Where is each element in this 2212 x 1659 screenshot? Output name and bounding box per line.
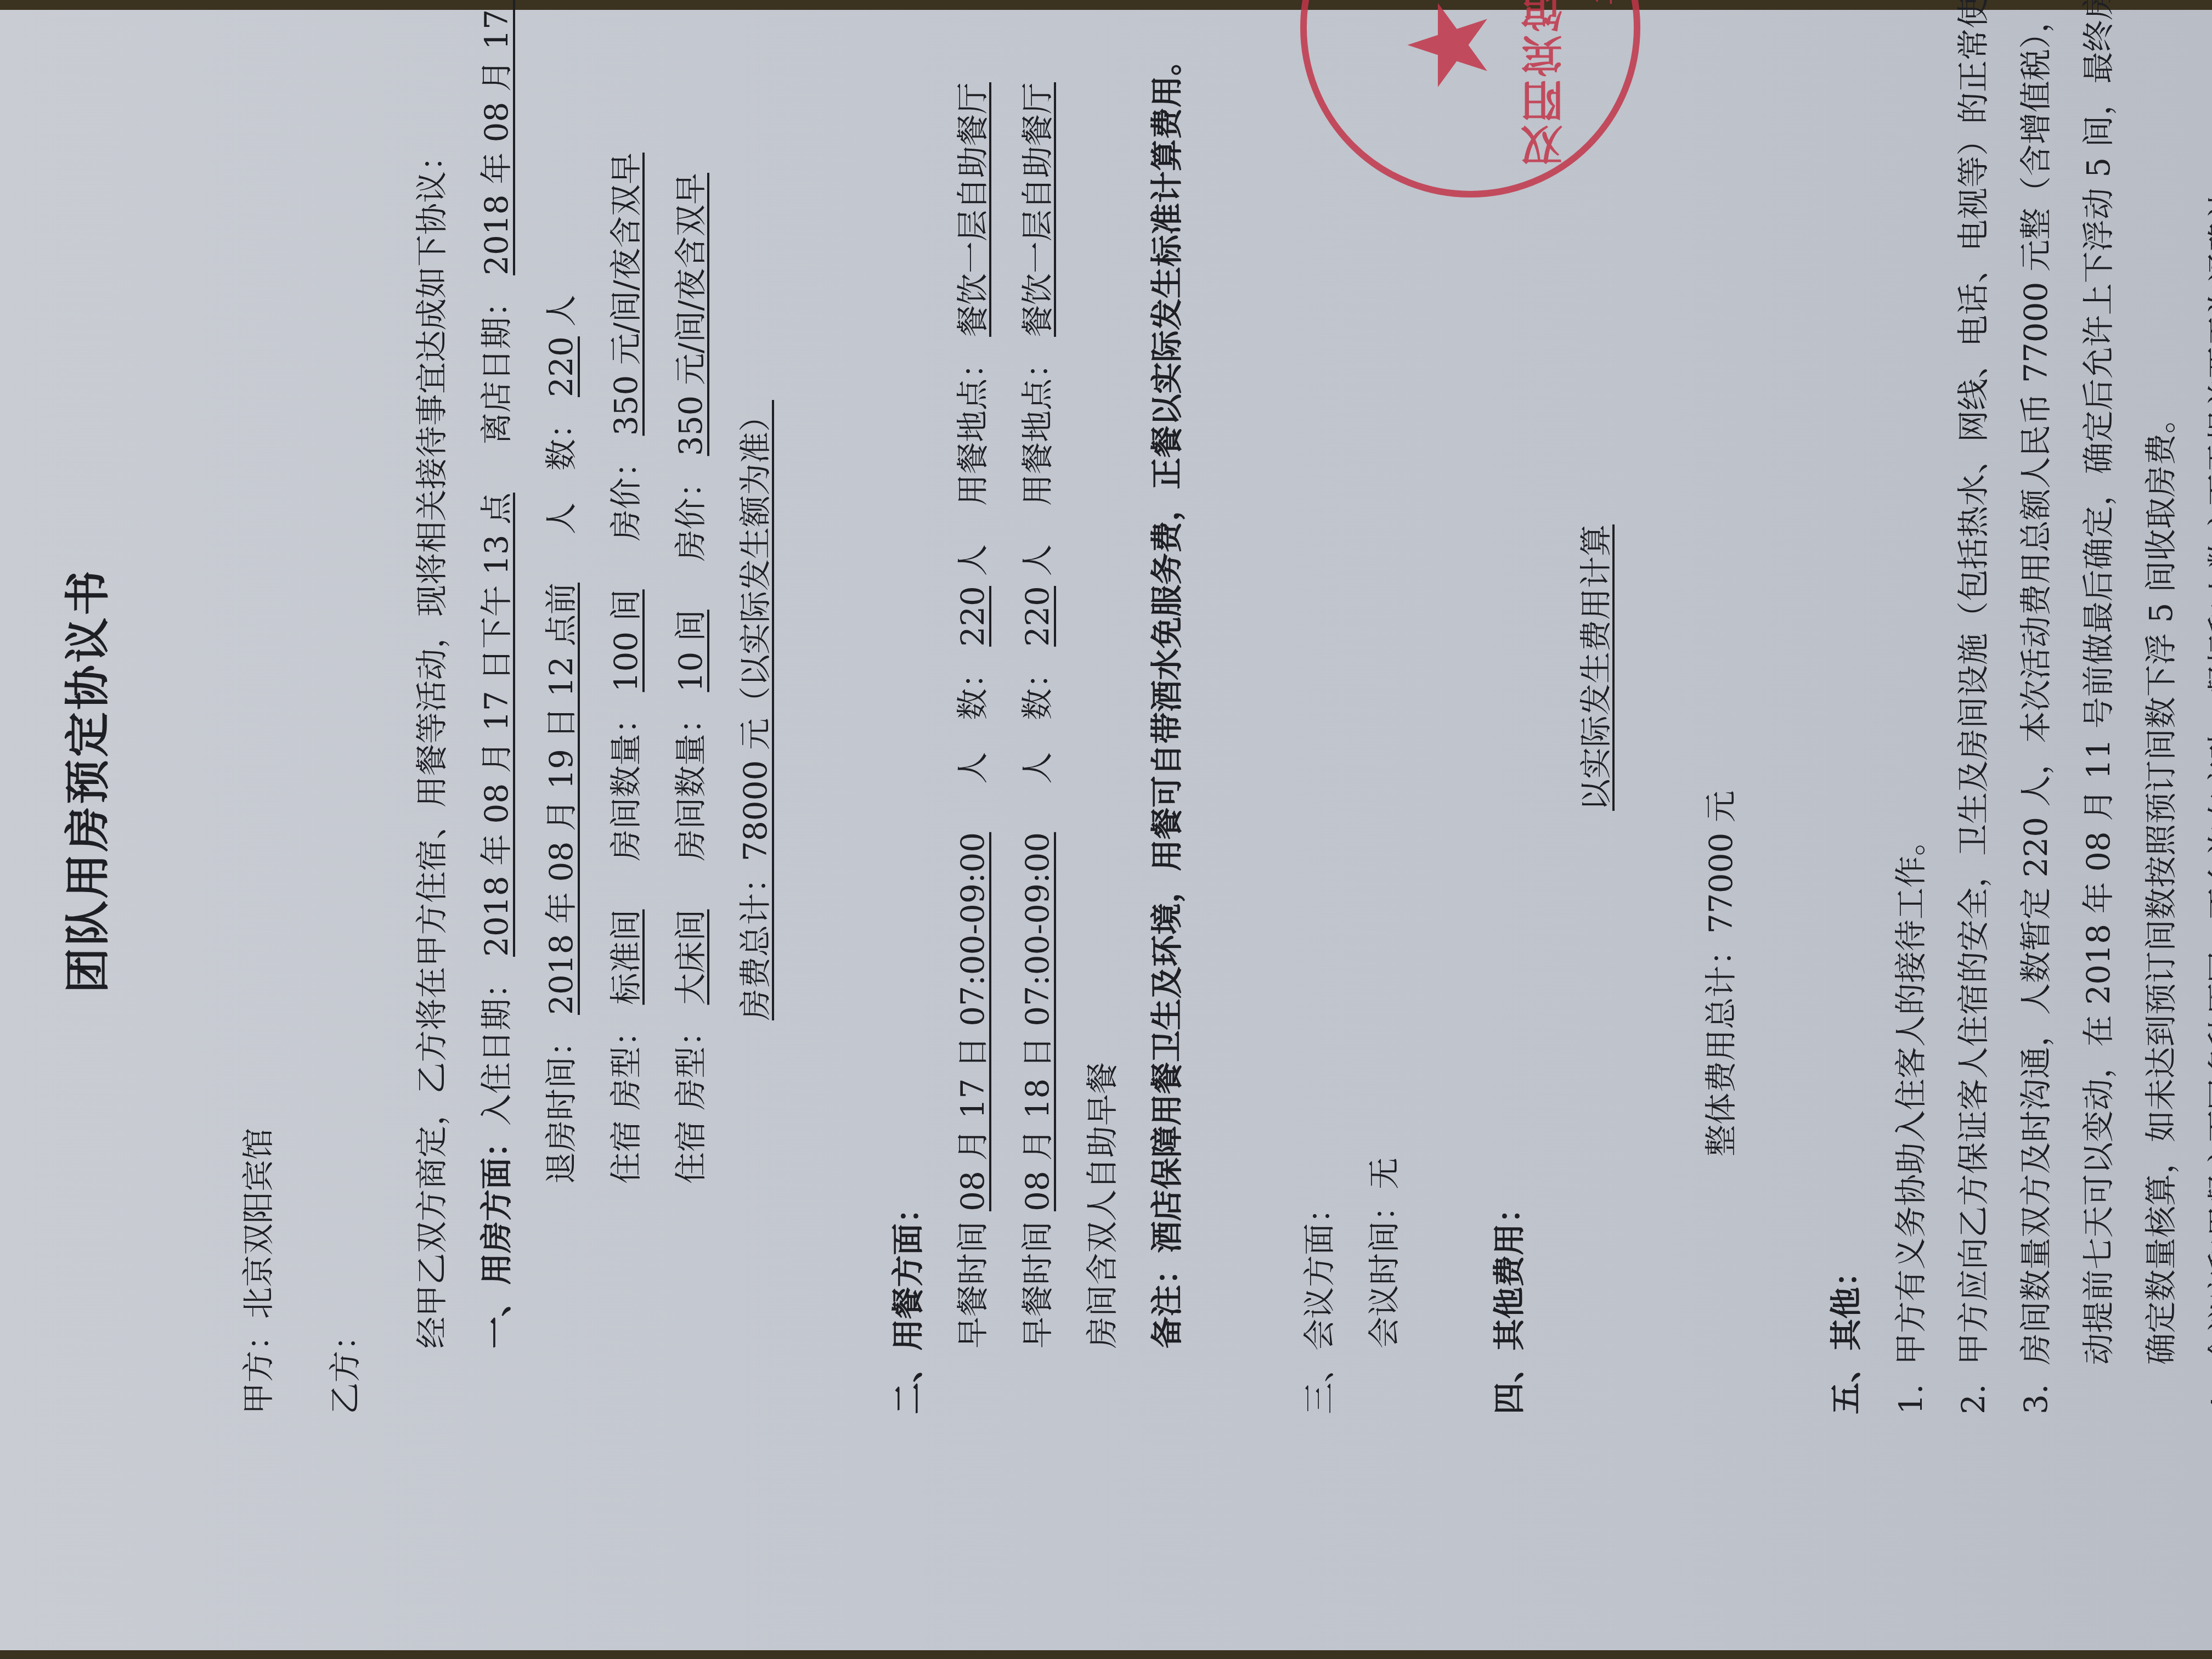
agreement-document: 团队用房预定协议书 甲方：北京双阳宾馆 乙方： 经甲乙双方商定，乙方将在甲方住宿…	[0, 10, 2212, 1650]
seal-text: 双阳宾馆合同	[1515, 0, 1575, 167]
item-number: 4.	[2208, 1365, 2212, 1414]
item-number: 2.	[1957, 1365, 1989, 1414]
item-text: 确定数量核算，如未达到预订间数按照预订间数下浮 5 间收取房费。	[2142, 402, 2180, 1365]
section-dining-heading: 二、用餐方面：	[892, 147, 924, 1414]
meal-people: 220	[954, 576, 991, 657]
item-number: 3.	[2020, 1365, 2052, 1414]
misc-item: 1.甲方有义务协助入住客人的接待工作。	[1895, 147, 1927, 1414]
room-count: 100 间	[607, 579, 645, 702]
other-fees-value: 以实际发生费用计算	[1580, 147, 1612, 1414]
item-text: 房间数量双方及时沟通，人数暂定 220 人，本次活动费用总额人民币 77000 …	[2017, 0, 2055, 1365]
room-checkin-row: 一、用房方面：入住日期：2018 年 08 月 17 日下午 13 点离店日期：…	[481, 147, 512, 1414]
guest-count: 220	[543, 326, 580, 407]
meal-row: 早餐时间08 月 18 日 07:00-09:00人 数：220人用餐地点：餐饮…	[1022, 147, 1053, 1414]
room-type-row: 住宿 房型：大床间房间数量：10 间房价：350 元/间/夜含双早	[675, 147, 707, 1414]
meal-people: 220	[1019, 576, 1056, 657]
room-price: 350 元/间/夜含双早	[672, 163, 709, 466]
item-text: 甲方有义务协助入住客人的接待工作。	[1892, 824, 1929, 1365]
item-text: 会议室和用餐方面因多种原因，不允许有变动，餐标和人数方面需提前两天沟通确认。	[2205, 156, 2212, 1365]
room-type: 大床间	[672, 900, 709, 1015]
item-number: 1.	[1895, 1365, 1927, 1414]
room-price: 350 元/间/夜含双早	[607, 143, 645, 445]
misc-item: 4.会议室和用餐方面因多种原因，不允许有变动，餐标和人数方面需提前两天沟通确认。	[2208, 147, 2212, 1414]
misc-item: 动提前七天可以变动，在 2018 年 08 月 11 号前做最后确定，确定后允许…	[2083, 147, 2114, 1414]
section-misc-heading: 五、其他：	[1830, 147, 1862, 1414]
section-other-fees-heading: 四、其他费用：	[1493, 147, 1525, 1414]
room-count: 10 间	[672, 600, 709, 702]
meal-time: 08 月 17 日 07:00-09:00	[954, 822, 991, 1221]
meal-time: 08 月 18 日 07:00-09:00	[1019, 822, 1056, 1221]
misc-items-list: 1.甲方有义务协助入住客人的接待工作。2.甲方应向乙方保证客人住宿的安全，卫生及…	[1895, 147, 2212, 1414]
document-title: 团队用房预定协议书	[66, 147, 111, 1414]
party-a: 甲方：北京双阳宾馆	[242, 147, 274, 1414]
star-icon: ★	[1395, 0, 1504, 94]
room-type-row: 住宿 房型：标准间房间数量：100 间房价：350 元/间/夜含双早	[610, 147, 642, 1414]
misc-item: 3.房间数量双方及时沟通，人数暂定 220 人，本次活动费用总额人民币 7700…	[2020, 147, 2052, 1414]
leave-date: 2018 年 08 月 17 日	[478, 0, 515, 285]
grand-total: 整体费用总计：77000 元	[1705, 147, 1737, 1414]
intro-text: 经甲乙双方商定，乙方将在甲方住宿、用餐等活动，现将相关接待事宜达成如下协议：	[416, 147, 448, 1414]
party-b: 乙方：	[329, 147, 361, 1414]
misc-item: 2.甲方应向乙方保证客人住宿的安全，卫生及房间设施（包括热水、网线、电话、电视等…	[1957, 147, 1989, 1414]
checkin-date: 2018 年 08 月 17 日下午 13 点	[478, 483, 515, 967]
meal-place: 餐饮一层自助餐厅	[1019, 72, 1056, 347]
section-meeting-heading: 三、会议方面：	[1304, 147, 1335, 1414]
room-type: 标准间	[607, 900, 645, 1015]
seal-code: 11011	[1592, 0, 1617, 5]
meal-place: 餐饮一层自助餐厅	[954, 72, 991, 347]
room-checkout-row: 退房时间：2018 年 08 月 19 日 12 点前人 数：220人	[545, 147, 577, 1414]
item-text: 动提前七天可以变动，在 2018 年 08 月 11 号前做最后确定，确定后允许…	[2080, 0, 2117, 1365]
room-total: 房费总计：78000 元（以实际发生额为准）	[740, 147, 771, 1414]
checkout-time: 2018 年 08 月 19 日 12 点前	[543, 573, 580, 1025]
item-text: 甲方应向乙方保证客人住宿的安全，卫生及房间设施（包括热水、网线、电话、电视等）的…	[1955, 0, 1992, 1365]
dining-remark: 备注：酒店保障用餐卫生及环境，用餐可自带酒水免服务费，正餐以实际发生标准计算费用…	[1151, 147, 1183, 1414]
meeting-time: 会议时间：无	[1368, 147, 1400, 1414]
party-a-name: 北京双阳宾馆	[240, 1128, 277, 1319]
meal-row: 早餐时间08 月 17 日 07:00-09:00人 数：220人用餐地点：餐饮…	[957, 147, 989, 1414]
misc-item: 确定数量核算，如未达到预订间数按照预订间数下浮 5 间收取房费。	[2145, 147, 2177, 1414]
section-room-heading: 一、用房方面：	[478, 1126, 515, 1348]
breakfast-note: 房间含双人自助早餐	[1086, 147, 1118, 1414]
